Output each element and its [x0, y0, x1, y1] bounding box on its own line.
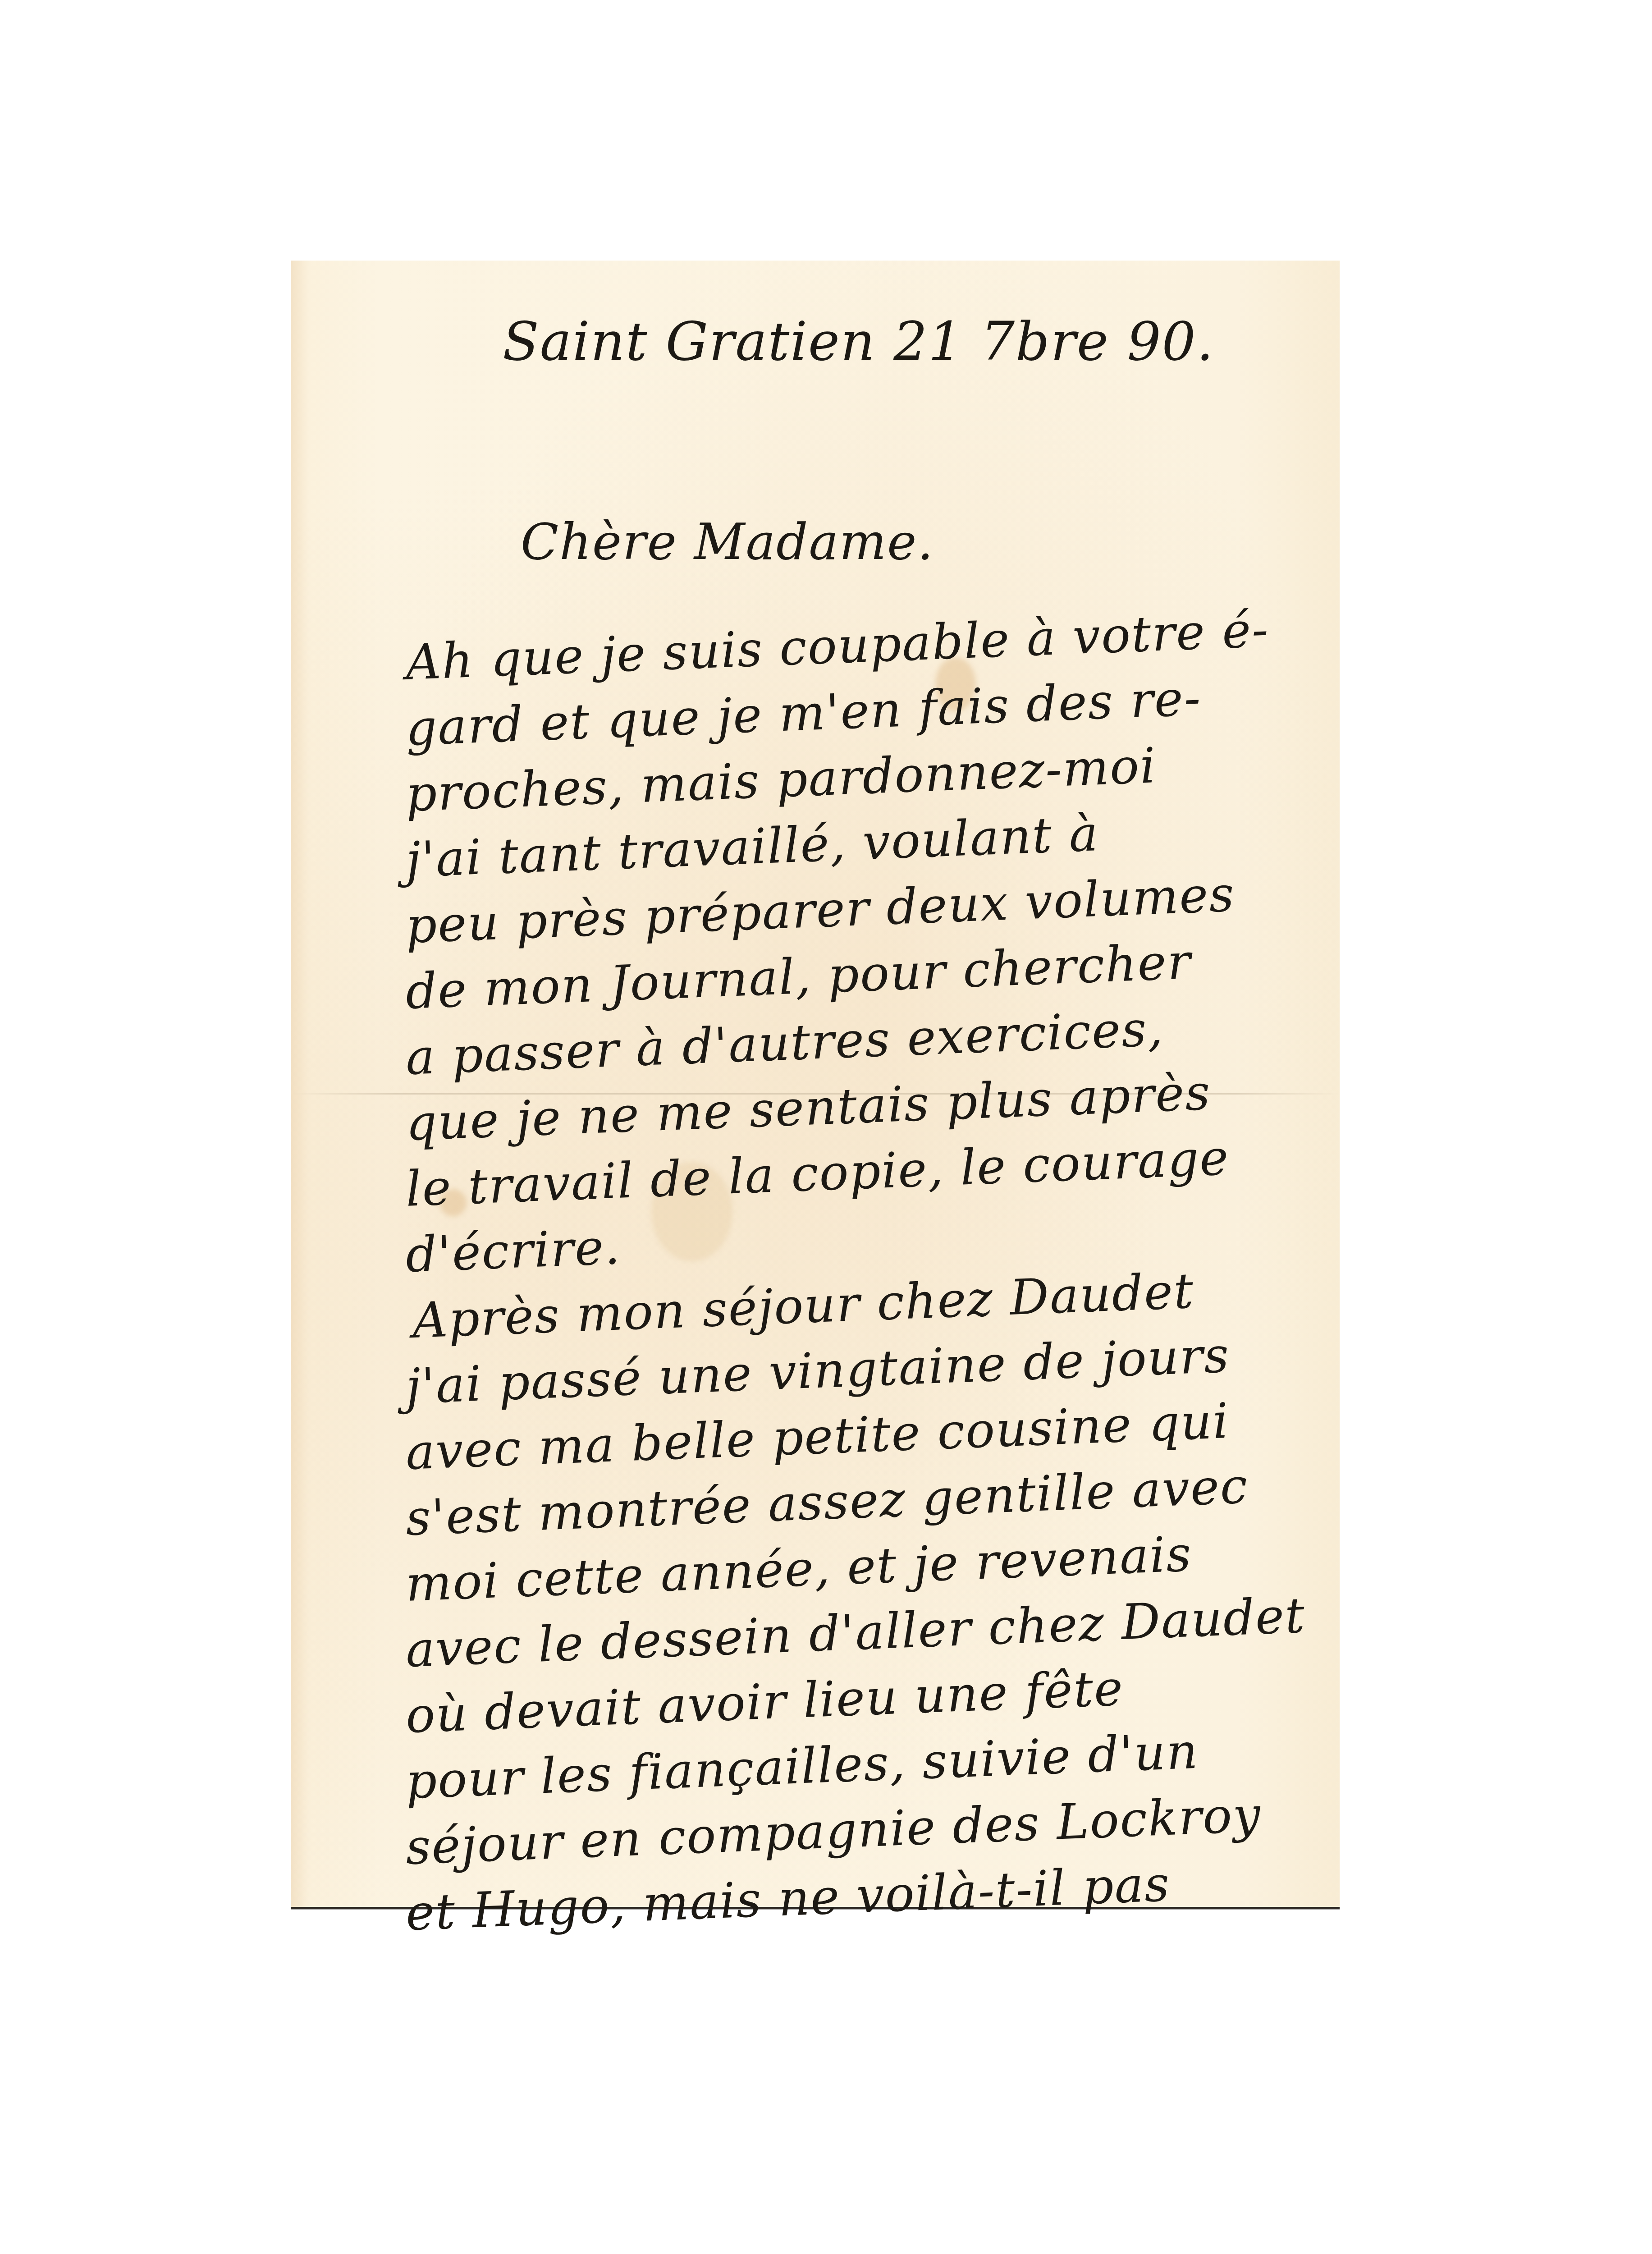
salutation: Chère Madame.: [521, 513, 934, 571]
letter-sheet: Saint Gratien 21 7bre 90. Chère Madame. …: [291, 261, 1340, 1909]
letter-line: d'écrire.: [405, 1219, 622, 1283]
dateline: Saint Gratien 21 7bre 90.: [503, 310, 1214, 372]
